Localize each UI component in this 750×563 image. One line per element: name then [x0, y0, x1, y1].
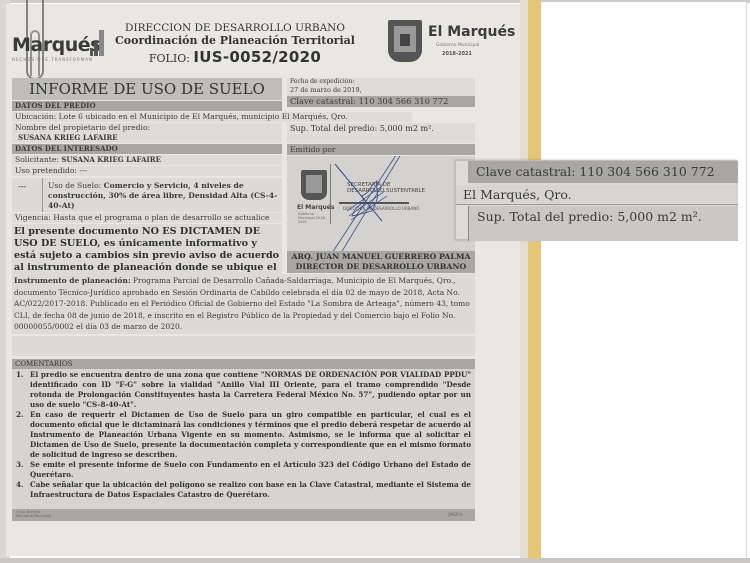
folio-value: IUS-0052/2020	[193, 48, 321, 66]
yellow-folder-strip	[528, 0, 541, 563]
page-edge-shadow	[520, 0, 528, 563]
comment-text: El predio se encuentra dentro de una zon…	[30, 370, 471, 410]
comment-number: 2.	[16, 410, 30, 460]
vigencia: Vigencia: Hasta que el programa o plan d…	[12, 213, 282, 223]
marques-logo: Marqués HECHOS QUE TRANSFORMAN	[12, 34, 104, 70]
inset-sup-total: Sup. Total del predio: 5,000 m2 m².	[468, 206, 738, 241]
uso-suelo-label: Uso de Suelo:	[48, 181, 101, 190]
stamp-text: SECRETARÍA DE DESARROLLO SUSTENTABLE	[347, 182, 425, 194]
comentarios-header: COMENTARIOS	[12, 359, 475, 369]
stamp-line-3: DIRECCIÓN DE DESARROLLO URBANO	[343, 206, 419, 211]
comment-number: 4.	[16, 480, 30, 500]
bottom-edge	[0, 558, 750, 563]
logo-subtitle: Gobierno Municipal	[436, 43, 479, 48]
stamp-line-2: DESARROLLO SUSTENTABLE	[347, 188, 425, 194]
solicitante-label: Solicitante:	[15, 155, 59, 164]
zoomed-inset: Clave catastral: 110 304 566 310 772 El …	[455, 160, 737, 240]
emitido-por: Emitido por	[287, 144, 475, 155]
sup-total: Sup. Total del predio: 5,000 m2 m².	[287, 123, 475, 143]
folio-label: FOLIO:	[149, 52, 190, 65]
ubicacion: Ubicación: Lote 6 ubicado en el Municipi…	[12, 112, 412, 122]
comment-text: En caso de requerir el Dictamen de Uso d…	[30, 410, 471, 460]
stamp-rule	[339, 202, 409, 204]
signature-stamp-area: El Marqués Gobierno Municipal 2018-2021 …	[287, 156, 475, 251]
blank-row	[12, 336, 475, 356]
comment-item: 1. El predio se encuentra dentro de una …	[16, 370, 471, 410]
datos-interesado-header: DATOS DEL INTERESADO	[12, 144, 282, 154]
seal-name: El Marqués	[297, 204, 334, 211]
logo-name: El Marqués	[428, 24, 515, 40]
comment-item: 3. Se emite el presente informe de Suelo…	[16, 460, 471, 480]
solicitante: Solicitante: SUSANA KRIEG LAFAIRE	[12, 155, 282, 165]
form-title: INFORME DE USO DE SUELO	[12, 78, 282, 100]
director-title: DIRECTOR DE DESARROLLO URBANO	[287, 262, 475, 272]
comment-item: 2. En caso de requerir el Dictamen de Us…	[16, 410, 471, 460]
fecha-value: 27 de marzo de 2019,	[290, 86, 475, 95]
footer-line-2: Minutario Municipal	[16, 514, 51, 518]
footer-initials: JMGP/ls	[448, 512, 463, 517]
datos-predio-header: DATOS DEL PREDIO	[12, 101, 282, 111]
logo-bars-icon	[90, 30, 104, 56]
document-footer: c.c.p. Archivo Minutario Municipal JMGP/…	[12, 509, 475, 521]
uso-pretendido: Uso pretendido: ---	[12, 166, 282, 176]
department-title: DIRECCION DE DESARROLLO URBANO	[110, 22, 360, 34]
stamp-divider	[330, 164, 331, 224]
fecha-label: Fecha de expedición:	[290, 78, 475, 86]
instrumento-label: Instrumento de planeación:	[14, 276, 131, 285]
seal-subtitle: Gobierno Municipal 2018-2021	[298, 212, 328, 224]
folio: FOLIO: IUS-0052/2020	[110, 48, 360, 66]
uso-dash: ---	[18, 182, 26, 191]
clave-catastral: Clave catastral: 110 304 566 310 772	[287, 96, 475, 107]
coat-of-arms-icon	[388, 20, 422, 62]
uso-suelo: Uso de Suelo: Comercio y Servicio, 4 niv…	[48, 181, 278, 211]
comment-number: 3.	[16, 460, 30, 480]
uso-suelo-box: --- Uso de Suelo: Comercio y Servicio, 4…	[12, 178, 282, 212]
footer-ccp: c.c.p. Archivo Minutario Municipal	[16, 510, 51, 518]
solicitante-value: SUSANA KRIEG LAFAIRE	[61, 155, 161, 164]
logo-tagline: HECHOS QUE TRANSFORMAN	[12, 57, 104, 62]
document-header: DIRECCION DE DESARROLLO URBANO Coordinac…	[110, 22, 360, 66]
comment-number: 1.	[16, 370, 30, 410]
comments-list: 1. El predio se encuentra dentro de una …	[12, 369, 475, 509]
instrumento-planeacion: Instrumento de planeación: Programa Parc…	[12, 274, 475, 334]
logo-years: 2018-2021	[442, 51, 472, 57]
blank-area	[541, 2, 747, 560]
inset-clave-catastral: Clave catastral: 110 304 566 310 772	[468, 161, 738, 183]
divider	[42, 178, 43, 212]
el-marques-logo: El Marqués Gobierno Municipal 2018-2021	[388, 20, 528, 65]
inset-location: El Marqués, Qro.	[456, 185, 738, 205]
comment-text: Se emite el presente informe de Suelo co…	[30, 460, 471, 480]
comment-item: 4. Cabe señalar que la ubicación del pol…	[16, 480, 471, 500]
comment-text: Cabe señalar que la ubicación del polígo…	[30, 480, 471, 500]
municipal-seal-icon	[301, 170, 327, 200]
propietario-label: Nombre del propietario del predio:	[12, 123, 282, 133]
coordination-title: Coordinación de Planeación Territorial	[110, 34, 360, 47]
propietario-value: SUSANA KRIEG LAFAIRE	[12, 133, 282, 143]
director-name: ARQ. JUAN MANUEL GUERRERO PALMA	[287, 252, 475, 262]
director-signature-block: ARQ. JUAN MANUEL GUERRERO PALMA DIRECTOR…	[287, 251, 475, 273]
